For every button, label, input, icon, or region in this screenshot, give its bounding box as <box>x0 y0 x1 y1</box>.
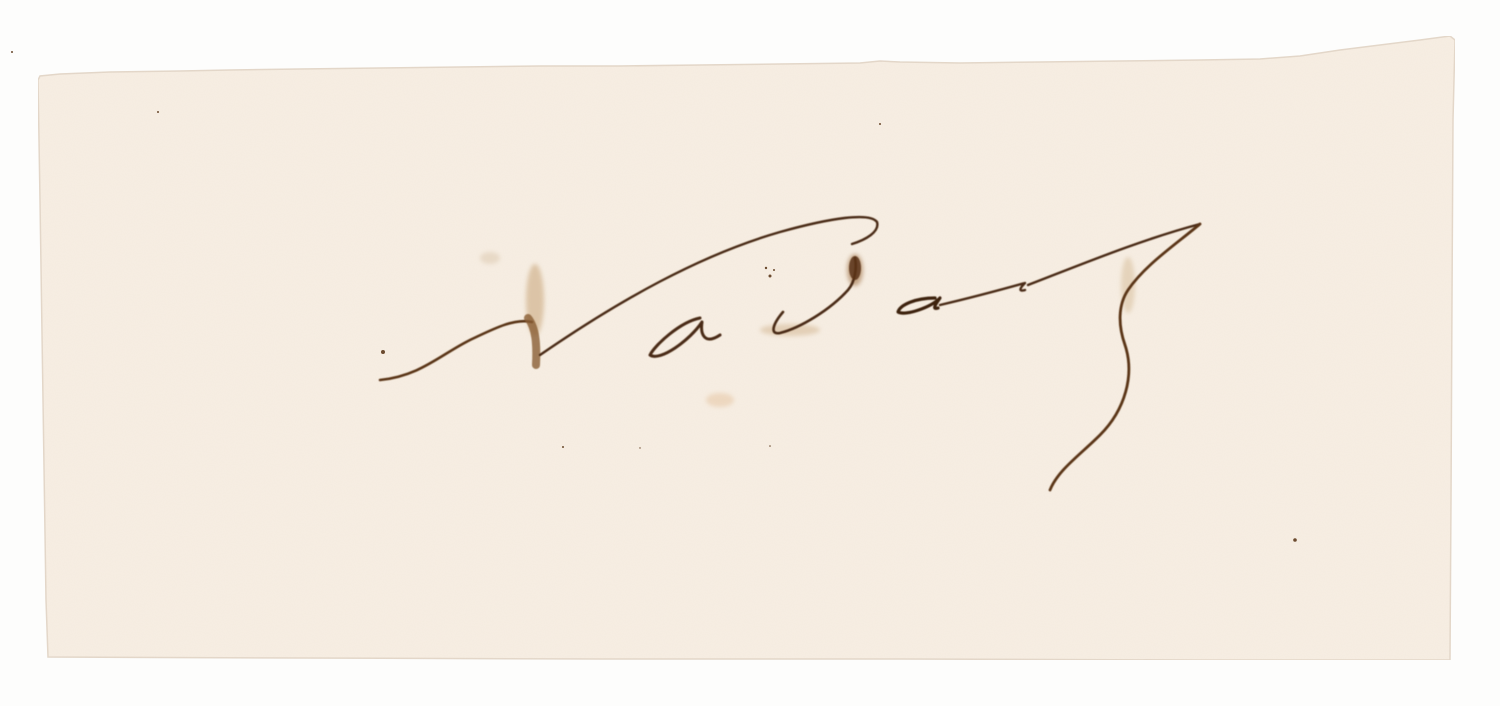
paper-slip <box>0 0 1500 706</box>
scanned-document: Nadar <box>0 0 1500 706</box>
paper-shape <box>38 36 1455 660</box>
